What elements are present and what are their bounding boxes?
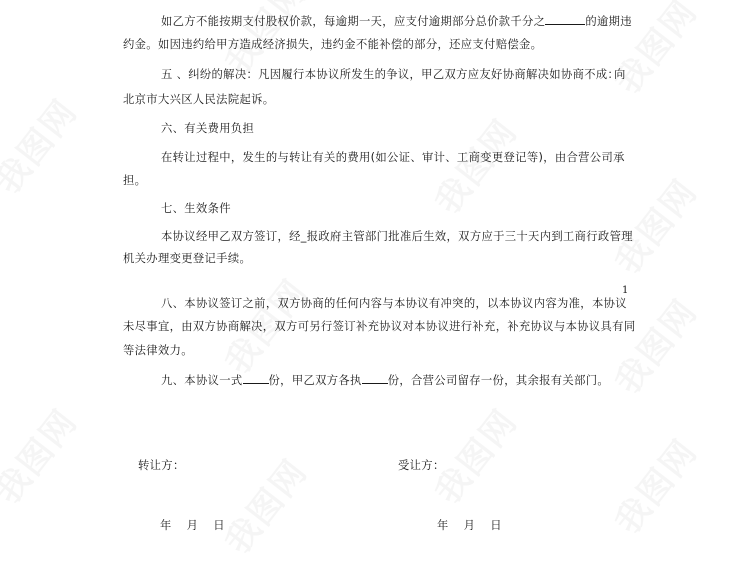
watermark: 我图网: [211, 447, 316, 562]
supplement-clause-line-2: 未尽事宜，由双方协商解决，双方可另行签订补充协议对本协议进行补充，补充协议与本协…: [123, 320, 635, 334]
page-number: 1: [622, 286, 628, 296]
watermark: 我图网: [601, 427, 706, 542]
supplement-clause-line-3: 等法律效力。: [123, 344, 193, 358]
penalty-text: 如乙方不能按期支付股权价款，每逾期一天，应支付逾期部分总价款千分之: [161, 15, 545, 28]
transferee-signature-label: 受让方：: [398, 459, 445, 473]
copies-text-2: 份，甲乙双方各执: [269, 374, 362, 387]
watermark-layer: 我图网 我图网 我图网 我图网 我图网 我图网 我图网 我图网 我图网 我图网 …: [0, 0, 750, 563]
dispute-clause-text: 五 、纠纷的解决：凡因履行本协议所发生的争议，甲乙双方应友好协商解决如协商不成：: [161, 68, 619, 81]
dispute-clause-line-2: 北京市大兴区人民法院起诉。: [123, 93, 274, 107]
copies-clause: 九、本协议一式份，甲乙双方各执份，合营公司留存一份，其余报有关部门。: [161, 373, 609, 388]
watermark: 我图网: [601, 167, 706, 282]
dispute-clause-tail: 向: [614, 68, 626, 82]
watermark: 我图网: [0, 87, 87, 202]
supplement-clause-line-1: 八、本协议签订之前，双方协商的任何内容与本协议有冲突的，以本协议内容为准，本协议: [161, 297, 627, 311]
effective-clause-line-1: 本协议经甲乙双方签订，经_报政府主管部门批准后生效，双方应于三十天内到工商行政管…: [161, 230, 633, 244]
total-copies-blank: [243, 373, 269, 384]
effective-clause-heading: 七、生效条件: [161, 202, 231, 216]
document-page: 我图网 我图网 我图网 我图网 我图网 我图网 我图网 我图网 我图网 我图网 …: [0, 0, 750, 563]
transferor-date: 年 月 日: [160, 519, 227, 533]
dispute-clause-line-1: 五 、纠纷的解决：凡因履行本协议所发生的争议，甲乙双方应友好协商解决如协商不成：: [161, 68, 619, 82]
watermark: 我图网: [0, 397, 87, 512]
watermark: 我图网: [421, 397, 526, 512]
copies-text-1: 九、本协议一式: [161, 374, 243, 387]
transferor-signature-label: 转让方：: [138, 459, 185, 473]
fees-clause-line-2: 担。: [123, 174, 146, 188]
penalty-text-suffix: 的逾期违: [585, 15, 632, 28]
penalty-paragraph-line-2: 约金。如因违约给甲方造成经济损失，违约金不能补偿的部分，还应支付赔偿金。: [123, 38, 542, 52]
penalty-rate-blank: [545, 14, 585, 25]
penalty-paragraph-line-1: 如乙方不能按期支付股权价款，每逾期一天，应支付逾期部分总价款千分之的逾期违: [161, 14, 632, 29]
transferee-date: 年 月 日: [437, 519, 504, 533]
effective-clause-line-2: 机关办理变更登记手续。: [123, 252, 251, 266]
each-party-copies-blank: [362, 373, 388, 384]
fees-clause-heading: 六、有关费用负担: [161, 122, 254, 136]
fees-clause-line-1: 在转让过程中，发生的与转让有关的费用(如公证、审计、工商变更登记等)，由合营公司…: [161, 151, 625, 165]
copies-text-3: 份，合营公司留存一份，其余报有关部门。: [388, 374, 609, 387]
